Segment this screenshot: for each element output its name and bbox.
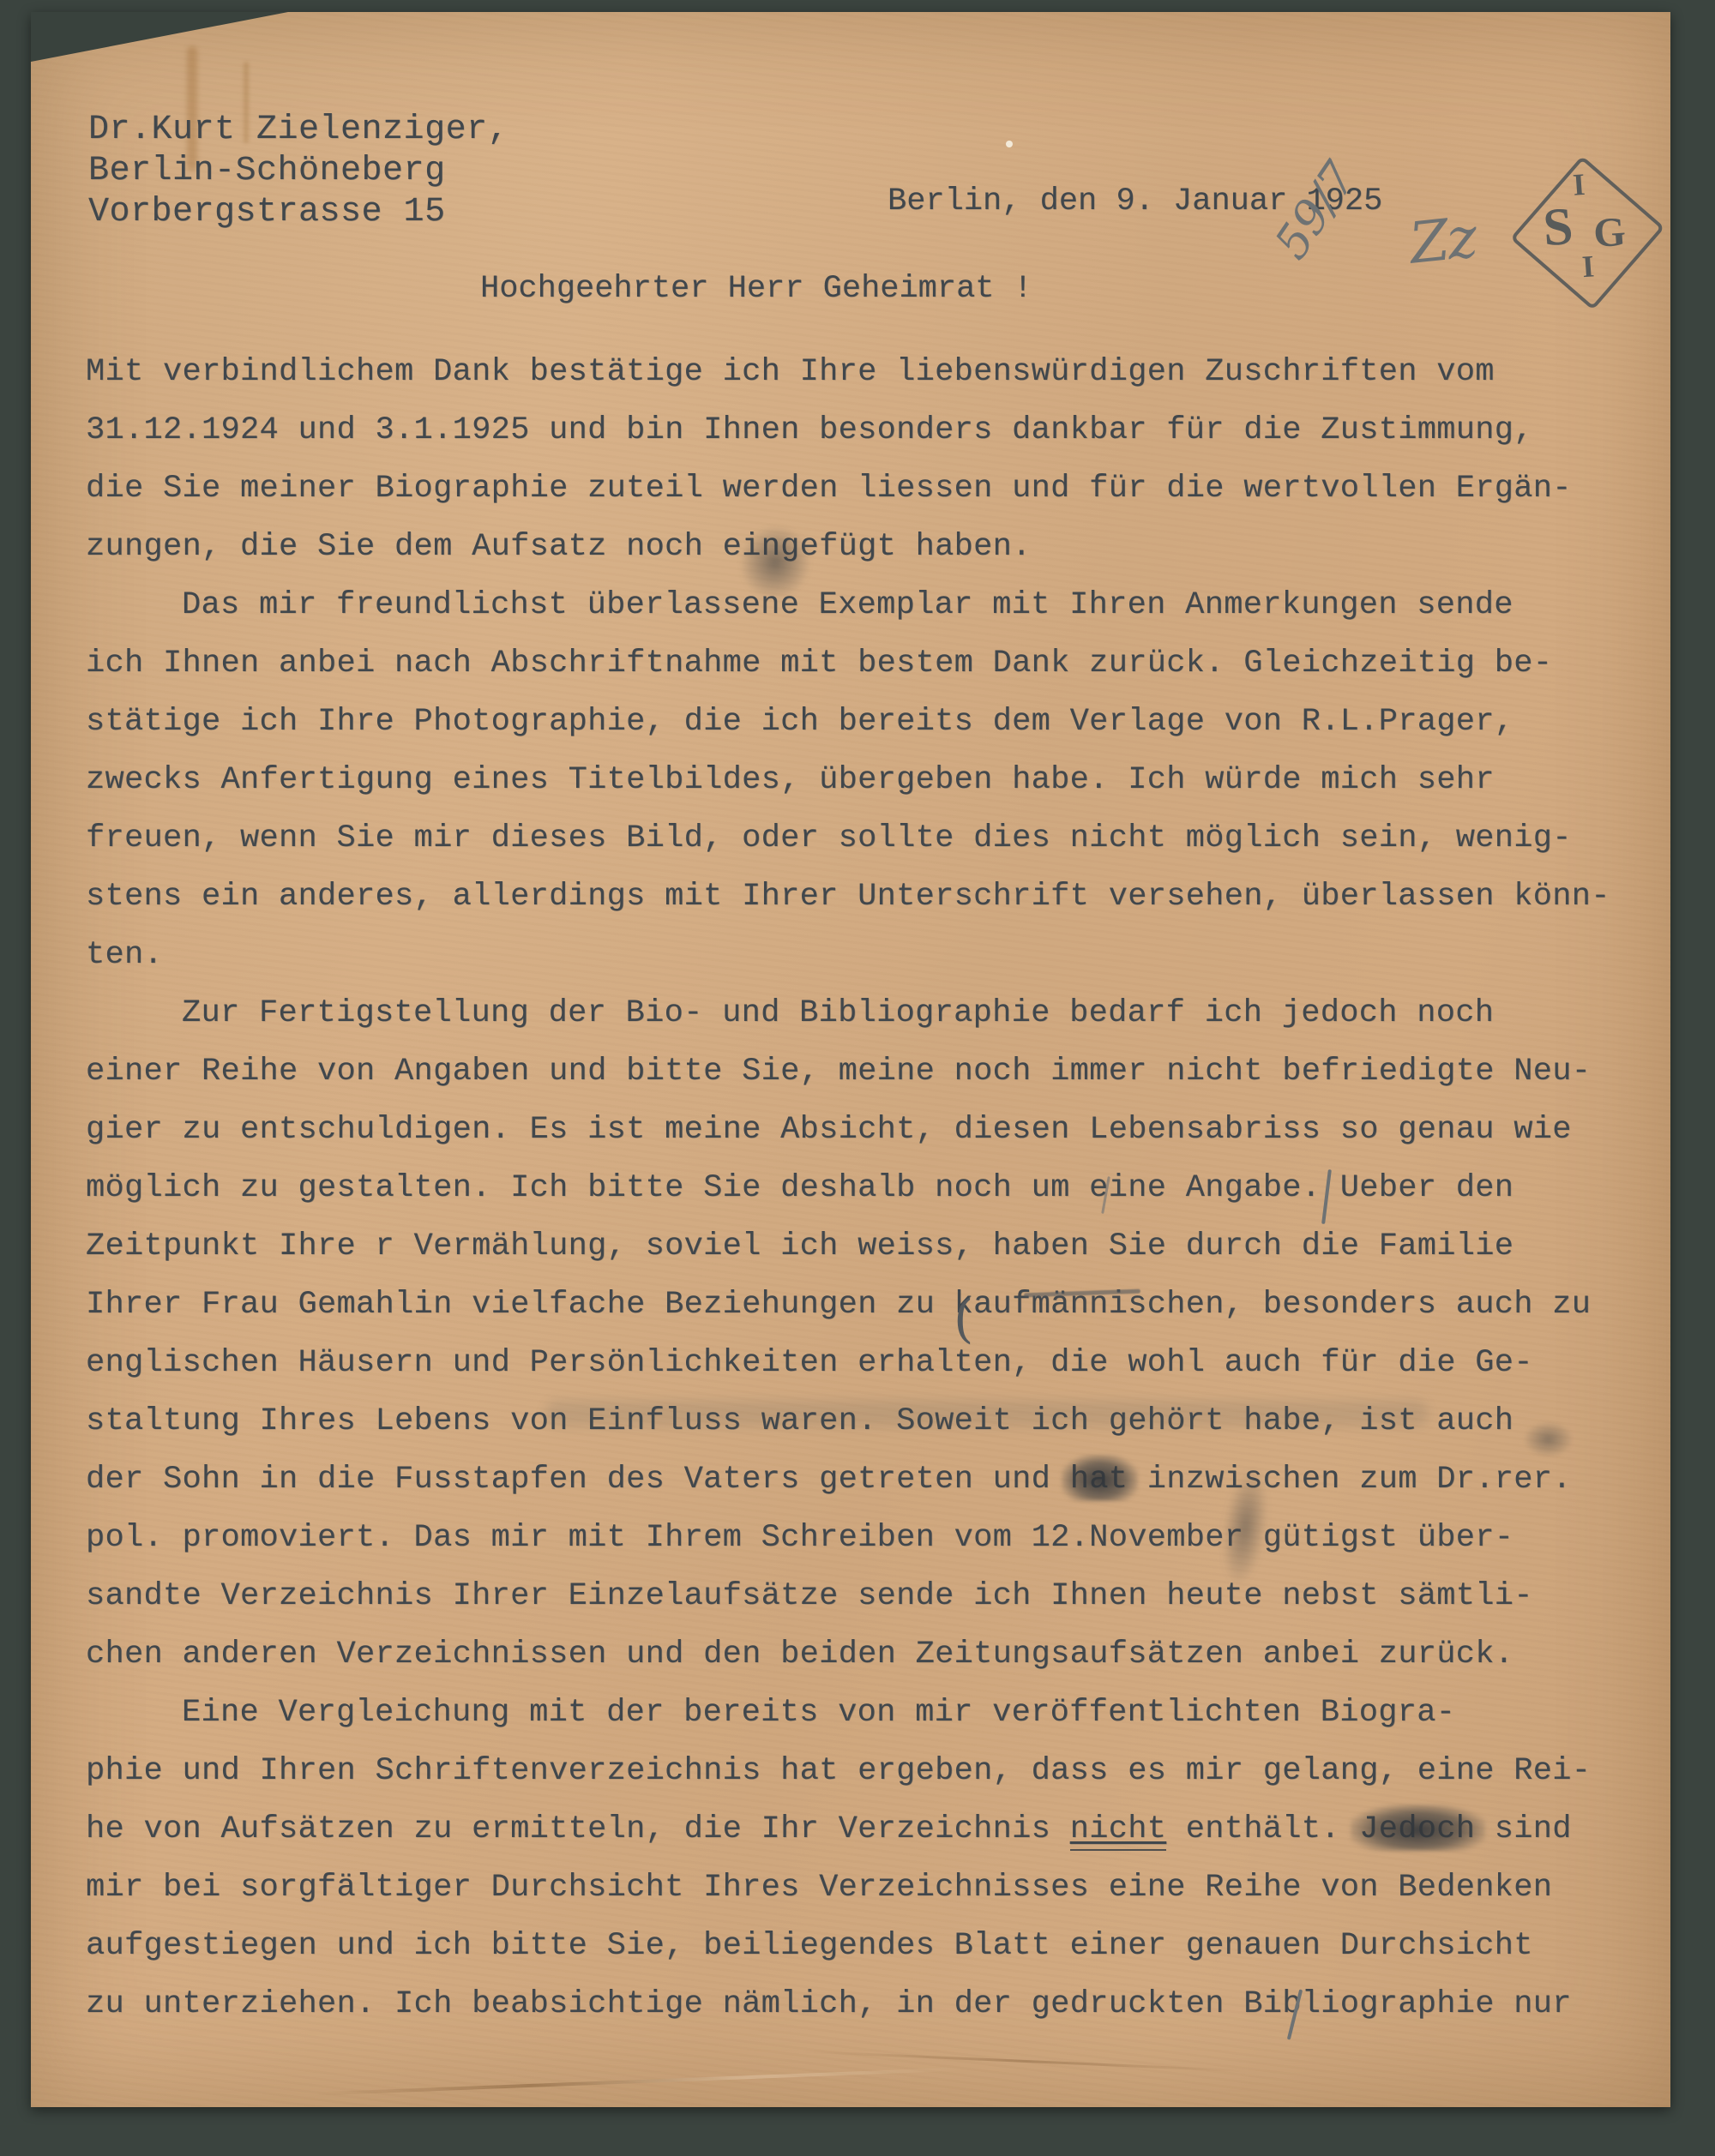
stamp-letter: S — [1541, 196, 1574, 259]
ink-blot-word: Jedoch — [1359, 1811, 1475, 1847]
letter-page: Dr.Kurt Zielenziger, Berlin-Schöneberg V… — [31, 12, 1670, 2107]
ink-smudge — [1525, 1422, 1572, 1456]
paragraph-1: Mit verbindlichem Dank bestätige ich Ihr… — [86, 343, 1655, 576]
letter-line: Das mir freundlichst überlassene Exempla… — [86, 576, 1655, 634]
diamond-library-stamp: I S G I — [1496, 139, 1670, 321]
pencil-initials-annotation: Zz — [1406, 204, 1478, 277]
letter-line: he von Aufsätzen zu ermitteln, die Ihr V… — [86, 1800, 1655, 1859]
letter-line: mir bei sorgfältiger Durchsicht Ihres Ve… — [86, 1859, 1655, 1917]
letter-line: stens ein anderes, allerdings mit Ihrer … — [86, 868, 1655, 926]
letter-line: pol. promoviert. Das mir mit Ihrem Schre… — [86, 1509, 1655, 1567]
paper-corner-shadow — [31, 12, 288, 62]
letter-line: zungen, die Sie dem Aufsatz noch eingefü… — [86, 518, 1655, 576]
letter-line: sandte Verzeichnis Ihrer Einzelaufsätze … — [86, 1567, 1655, 1625]
sender-name: Dr.Kurt Zielenziger, — [88, 110, 508, 151]
letter-body: Mit verbindlichem Dank bestätige ich Ihr… — [86, 343, 1655, 2033]
letter-line: Zur Fertigstellung der Bio- und Bibliogr… — [86, 984, 1655, 1042]
paper-crease — [314, 2067, 966, 2095]
paragraph-4: Eine Vergleichung mit der bereits von mi… — [86, 1684, 1655, 2033]
sender-block: Dr.Kurt Zielenziger, Berlin-Schöneberg V… — [88, 110, 508, 233]
line-segment: der Sohn in die Fusstapfen des Vaters ge… — [86, 1462, 1070, 1498]
letter-line: aufgestiegen und ich bitte Sie, beiliege… — [86, 1917, 1655, 1975]
letter-line: ten. — [86, 926, 1655, 984]
line-segment: inzwischen zum Dr.rer. — [1128, 1462, 1572, 1498]
letter-line: freuen, wenn Sie mir dieses Bild, oder s… — [86, 809, 1655, 868]
ink-smear — [545, 1401, 1429, 1426]
letter-line: ich Ihnen anbei nach Abschriftnahme mit … — [86, 634, 1655, 693]
letter-line: Ihrer Frau Gemahlin vielfache Beziehunge… — [86, 1276, 1655, 1334]
paper-speck — [1006, 141, 1013, 147]
letter-line: einer Reihe von Angaben und bitte Sie, m… — [86, 1042, 1655, 1101]
letter-line: Mit verbindlichem Dank bestätige ich Ihr… — [86, 343, 1655, 401]
ink-blot-word: hat — [1070, 1462, 1128, 1498]
scanned-letter-screenshot: { "scan": { "background_color": "#3b443f… — [0, 0, 1715, 2156]
line-segment: enthält. — [1166, 1811, 1359, 1847]
underlined-word: nicht — [1070, 1811, 1167, 1851]
letter-line: möglich zu gestalten. Ich bitte Sie desh… — [86, 1159, 1655, 1217]
stamp-letter: G — [1592, 208, 1627, 257]
letter-line: die Sie meiner Biographie zuteil werden … — [86, 459, 1655, 518]
letter-line: chen anderen Verzeichnissen und den beid… — [86, 1625, 1655, 1684]
pencil-parenthesis: ( — [954, 1289, 973, 1349]
sender-city: Berlin-Schöneberg — [88, 151, 508, 192]
paragraph-3: Zur Fertigstellung der Bio- und Bibliogr… — [86, 984, 1655, 1684]
letter-line: Eine Vergleichung mit der bereits von mi… — [86, 1684, 1655, 1742]
line-segment: sind — [1475, 1811, 1572, 1847]
salutation: Hochgeehrter Herr Geheimrat ! — [480, 271, 1032, 307]
letter-line: englischen Häusern und Persönlichkeiten … — [86, 1334, 1655, 1392]
sender-street: Vorbergstrasse 15 — [88, 192, 508, 233]
paragraph-2: Das mir freundlichst überlassene Exempla… — [86, 576, 1655, 984]
letter-line: 31.12.1924 und 3.1.1925 und bin Ihnen be… — [86, 401, 1655, 459]
stamp-letter: I — [1581, 248, 1596, 285]
stamp-letter: I — [1572, 166, 1586, 203]
line-segment: he von Aufsätzen zu ermitteln, die Ihr V… — [86, 1811, 1070, 1847]
letter-line: zu unterziehen. Ich beabsichtige nämlich… — [86, 1975, 1655, 2033]
stamp-diamond-outline — [1510, 155, 1665, 310]
letter-line: stätige ich Ihre Photographie, die ich b… — [86, 693, 1655, 751]
paper-crease — [803, 2051, 1249, 2073]
letter-line: der Sohn in die Fusstapfen des Vaters ge… — [86, 1450, 1655, 1509]
letter-line: gier zu entschuldigen. Es ist meine Absi… — [86, 1101, 1655, 1159]
letter-line: Zeitpunkt Ihre r Vermählung, soviel ich … — [86, 1217, 1655, 1276]
letter-line: zwecks Anfertigung eines Titelbildes, üb… — [86, 751, 1655, 809]
letter-line: phie und Ihren Schriftenverzeichnis hat … — [86, 1742, 1655, 1800]
